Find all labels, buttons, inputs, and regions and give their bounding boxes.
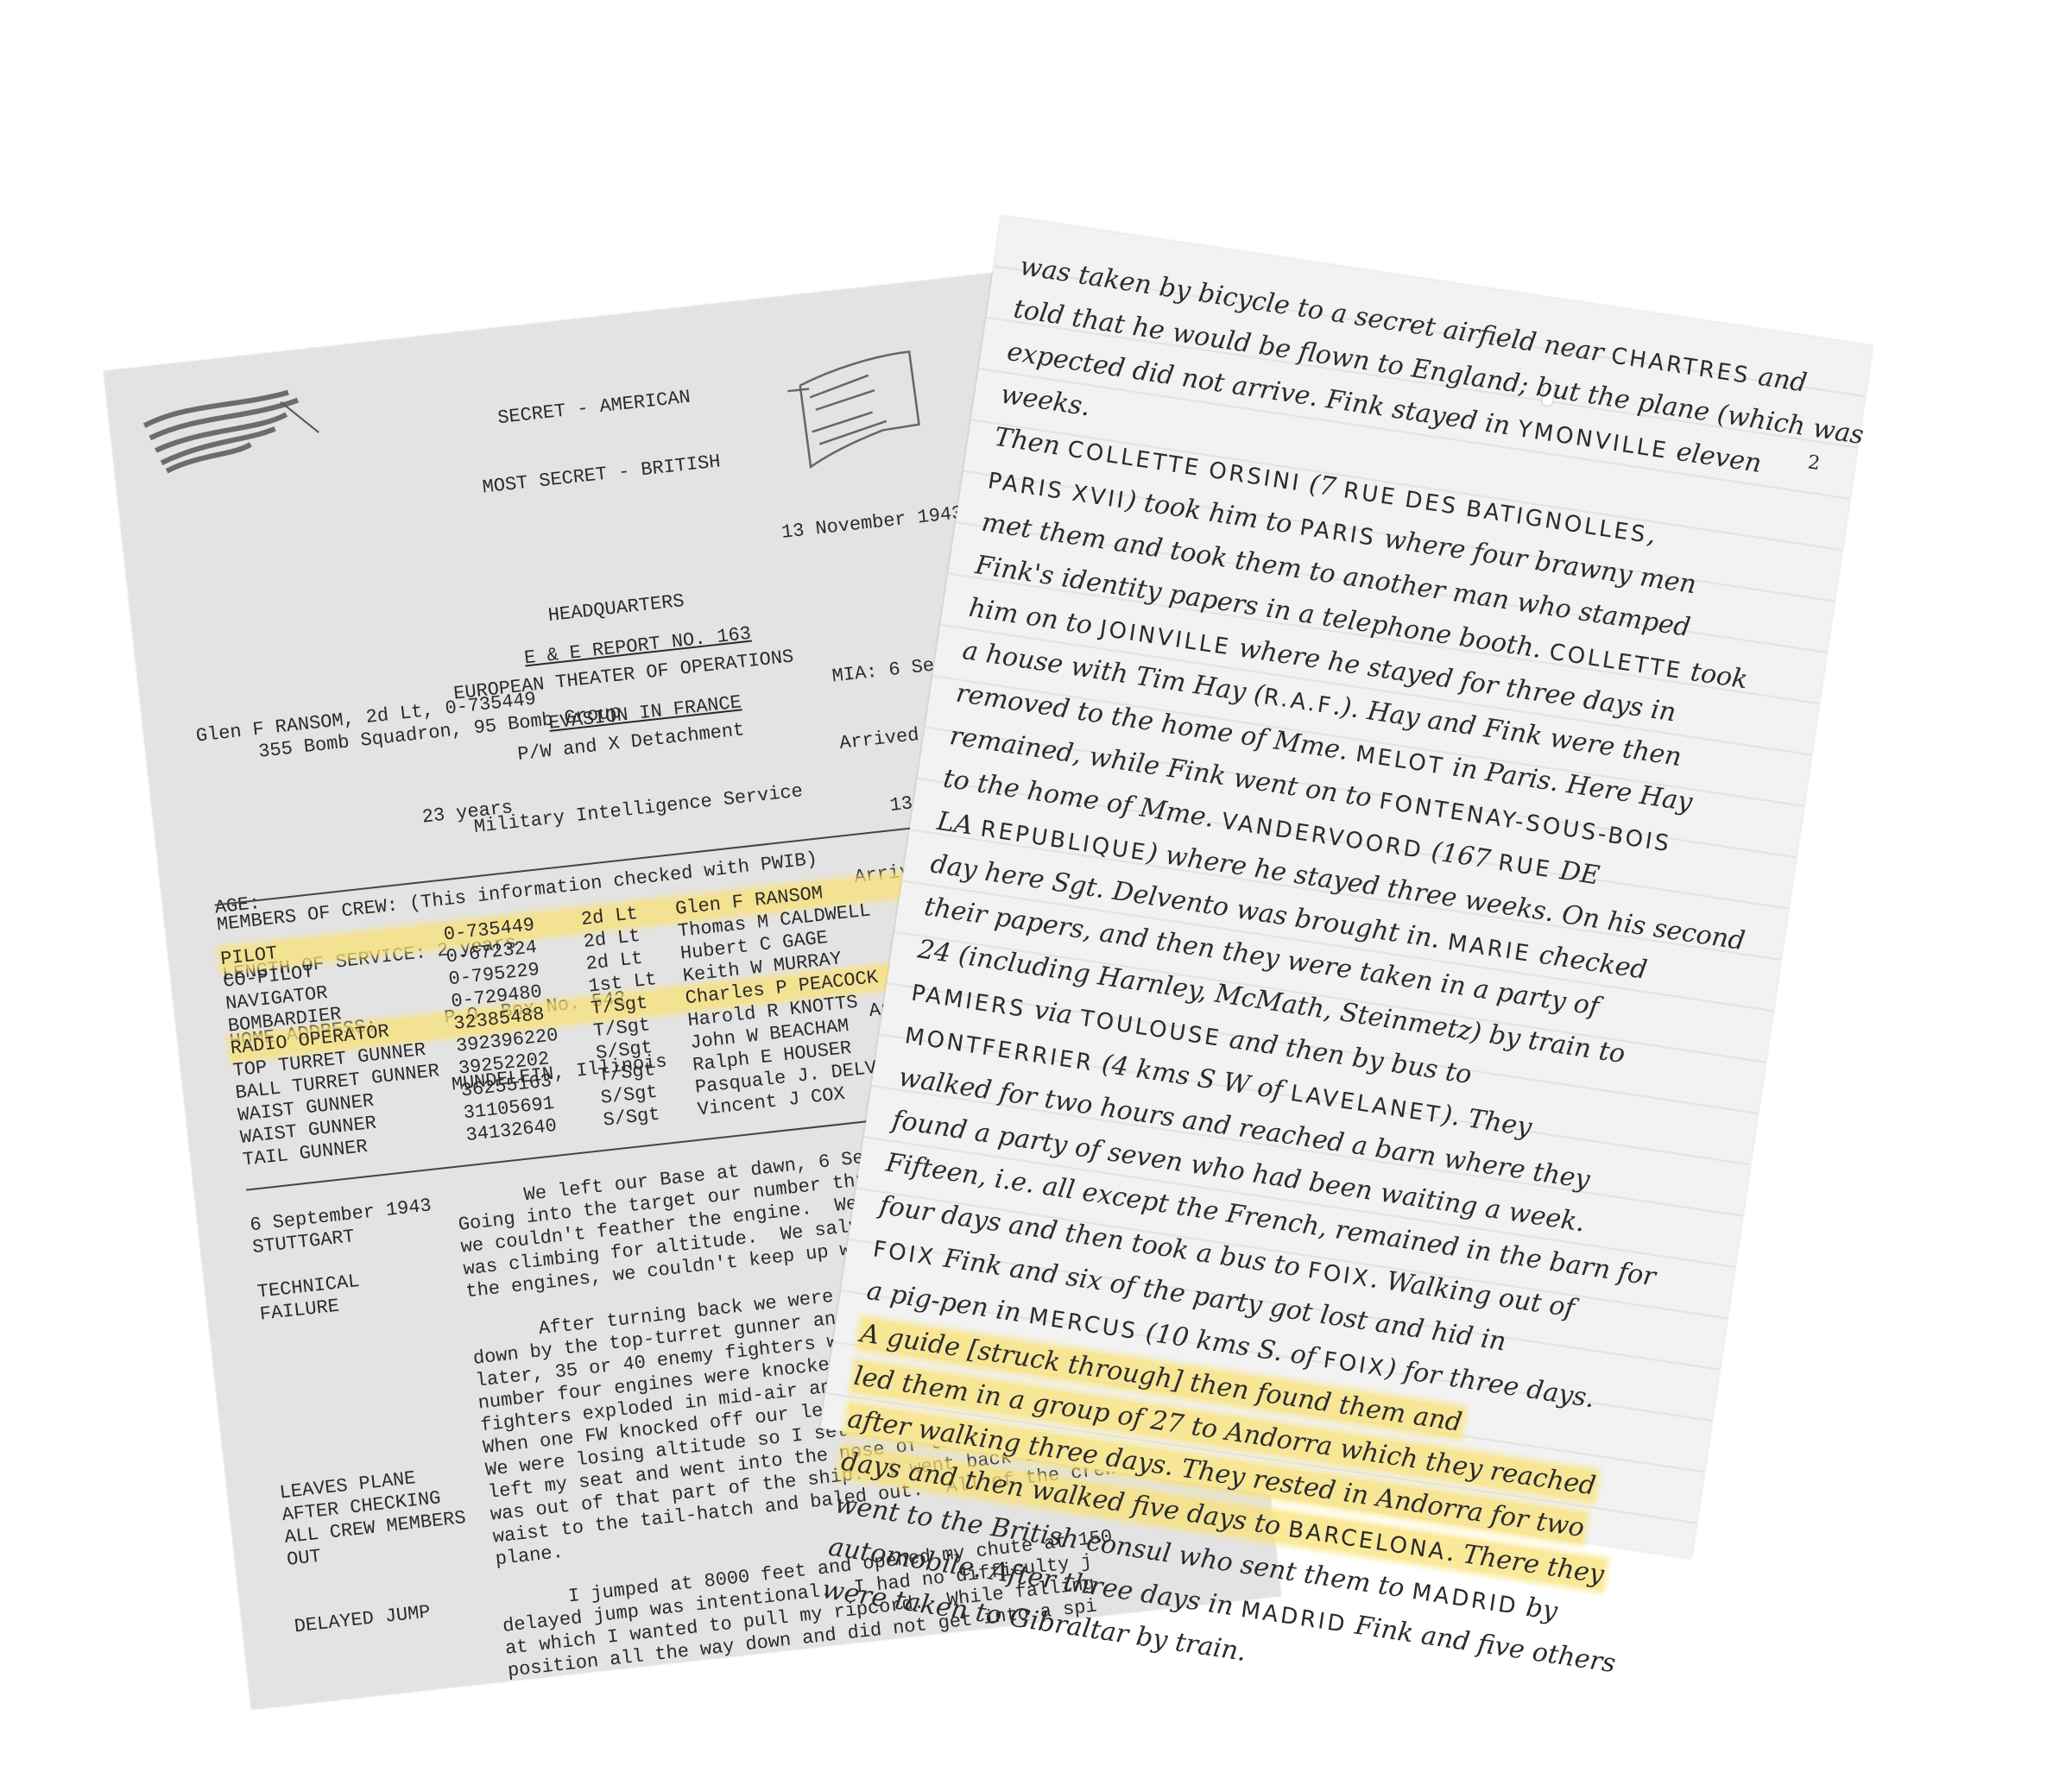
age-value: 23 years: [206, 783, 639, 853]
pencil-scribble-icon: [132, 371, 332, 486]
classification-line-1: SECRET - AMERICAN: [370, 372, 818, 444]
flag-sketch-icon: [780, 341, 939, 486]
classification-line-2: MOST SECRET - BRITISH: [377, 439, 826, 511]
section-label: OUT: [286, 1546, 322, 1572]
report-title: E & E REPORT NO. 163: [523, 623, 752, 670]
section-label: DELAYED JUMP: [294, 1601, 432, 1638]
handwritten-text: was taken by bicycle to a secret airfiel…: [819, 245, 1843, 1733]
handwritten-page: 2 was taken by bicycle to a secret airfi…: [820, 216, 1873, 1558]
